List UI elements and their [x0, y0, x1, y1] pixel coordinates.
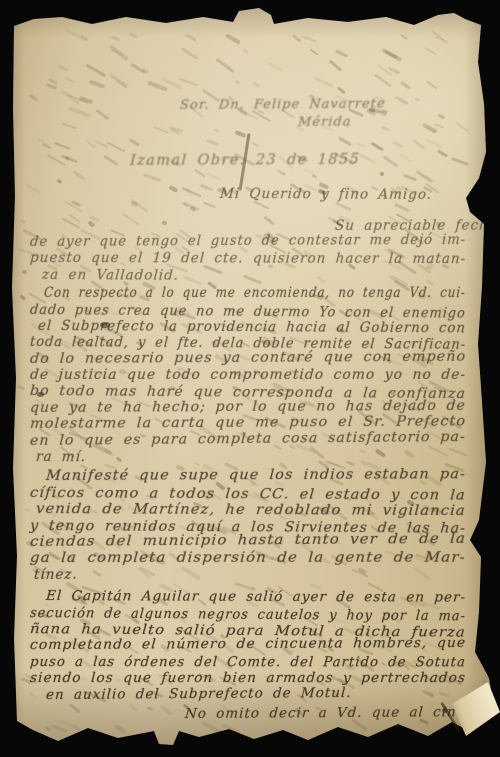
bleed-mark	[334, 50, 347, 58]
manuscript-line: venida de Martínez, he redoblado mi vigi…	[35, 501, 466, 519]
bleed-mark	[16, 385, 24, 390]
bleed-mark	[73, 724, 83, 732]
bleed-mark	[431, 30, 448, 43]
photo-background: { "palette": { "background": "#070707", …	[0, 0, 500, 757]
bleed-mark-dark	[337, 86, 346, 94]
bleed-mark	[424, 47, 437, 55]
manuscript-line: ra mí.	[35, 449, 86, 466]
letter-paper: Sor. Dn. Felipe NavarreteMéridaIzamal Ob…	[0, 0, 500, 757]
manuscript-line: Izamal Obre. 23 de 1855	[129, 152, 360, 170]
bleed-mark	[225, 33, 241, 44]
manuscript-text: Sor. Dn. Felipe NavarreteMéridaIzamal Ob…	[30, 98, 466, 722]
manuscript-line: ga la completa dispersión de la gente de…	[29, 550, 466, 567]
manuscript-line: tínez.	[33, 567, 78, 584]
bleed-mark-dark	[22, 269, 28, 275]
manuscript-line: do lo necesario pues ya contaré que con …	[29, 348, 466, 367]
bleed-mark-dark	[19, 295, 25, 301]
bleed-mark	[427, 81, 438, 90]
bleed-mark	[86, 63, 106, 76]
bleed-mark	[57, 65, 69, 72]
bleed-mark	[267, 61, 283, 72]
manuscript-line: za en Valladolid.	[41, 267, 179, 284]
bleed-mark	[44, 725, 51, 731]
bleed-mark	[251, 81, 259, 88]
bleed-mark	[114, 724, 126, 734]
bleed-mark	[329, 59, 342, 71]
bleed-mark	[301, 36, 317, 44]
bleed-mark	[222, 724, 240, 734]
bleed-mark	[243, 48, 250, 54]
bleed-mark	[400, 81, 411, 90]
manuscript-line: puso a las órdenes del Comte. del Partid…	[29, 654, 466, 671]
bleed-mark	[65, 77, 75, 83]
manuscript-line: Manifesté que supe que los indios estaba…	[45, 467, 466, 485]
bleed-mark	[215, 58, 235, 74]
bleed-mark	[315, 77, 333, 87]
bleed-mark	[111, 35, 121, 41]
manuscript-line: Con respecto a lo que me encomienda, no …	[43, 285, 466, 301]
manuscript-line: completando el número de cincuenta hombr…	[29, 635, 466, 654]
manuscript-line: Sor. Dn. Felipe Navarrete	[179, 97, 386, 115]
manuscript-line: de ayer que tengo el gusto de contestar …	[29, 232, 466, 251]
bleed-mark	[181, 47, 199, 60]
manuscript-line: en auxilio del Subprefecto de Motul.	[45, 684, 352, 702]
manuscript-line: No omito decir a Vd. que al cinta	[184, 704, 472, 722]
manuscript-line: Mi Querido y fino Amigo.	[219, 186, 432, 203]
manuscript-line: ciendas del municipio hasta tanto ver de…	[29, 531, 466, 551]
bleed-mark	[89, 80, 105, 89]
manuscript-line: puesto que el 19 del cte. quisieron hace…	[29, 250, 466, 268]
manuscript-line: El Capitán Aguilar que salió ayer de est…	[45, 588, 466, 606]
bleed-mark	[235, 80, 241, 85]
bleed-mark	[400, 34, 408, 40]
bleed-mark	[185, 33, 197, 42]
bleed-mark	[109, 45, 129, 62]
bleed-mark	[374, 74, 391, 88]
bleed-mark	[202, 721, 223, 735]
bleed-mark	[309, 49, 319, 56]
manuscript-line: Mérida	[297, 115, 352, 132]
manuscript-line: siendo los que fueron bien armados y per…	[29, 670, 466, 686]
manuscript-line: de justicia que todo comprometido como y…	[29, 367, 466, 383]
bleed-mark	[129, 32, 138, 38]
photo-stage: Sor. Dn. Felipe NavarreteMéridaIzamal Ob…	[0, 0, 500, 757]
bleed-mark	[147, 80, 168, 91]
manuscript-line: en lo que es para completa cosa satisfac…	[30, 429, 467, 449]
bleed-mark	[19, 219, 26, 225]
